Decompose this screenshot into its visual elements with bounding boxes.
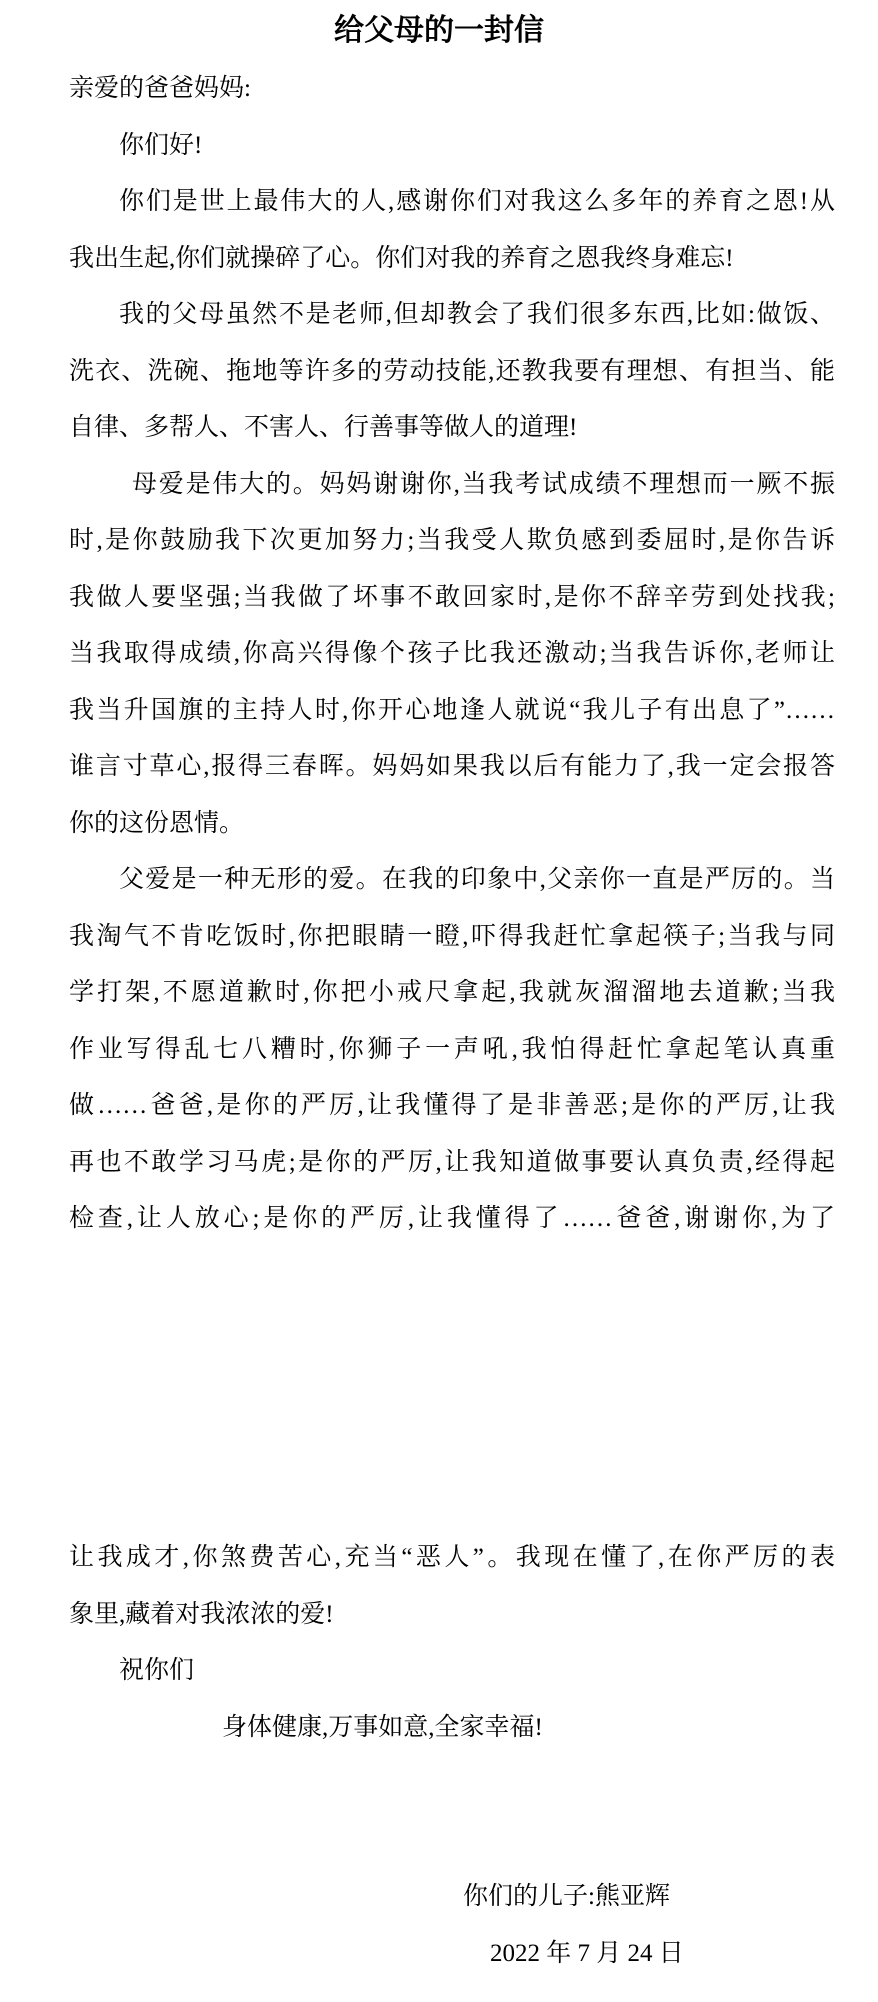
letter-line: 学打架,不愿道歉时,你把小戒尺拿起,我就灰溜溜地去道歉;当我 xyxy=(69,965,835,1022)
letter-line: 做……爸爸,是你的严厉,让我懂得了是非善恶;是你的严厉,让我 xyxy=(69,1078,835,1135)
letter-line: 我做人要坚强;当我做了坏事不敢回家时,是你不辞辛劳到处找我; xyxy=(69,570,835,627)
blank-line xyxy=(69,1248,835,1305)
letter-line: 谁言寸草心,报得三春晖。妈妈如果我以后有能力了,我一定会报答 xyxy=(69,739,835,796)
letter-line: 你的这份恩情。 xyxy=(69,796,835,853)
blank-line xyxy=(69,1361,835,1418)
blank-line xyxy=(69,1304,835,1361)
letter-line: 检查,让人放心;是你的严厉,让我懂得了……爸爸,谢谢你,为了 xyxy=(69,1191,835,1248)
letter-line: 祝你们 xyxy=(69,1643,835,1700)
letter-line: 再也不敢学习马虎;是你的严厉,让我知道做事要认真负责,经得起 xyxy=(69,1135,835,1192)
letter-line: 洗衣、洗碗、拖地等许多的劳动技能,还教我要有理想、有担当、能 xyxy=(69,344,835,401)
letter-line: 让我成才,你煞费苦心,充当“恶人”。我现在懂了,在你严厉的表 xyxy=(69,1530,835,1587)
letter-body: 亲爱的爸爸妈妈:你们好!你们是世上最伟大的人,感谢你们对我这么多年的养育之恩!从… xyxy=(69,61,835,1982)
letter-line: 当我取得成绩,你高兴得像个孩子比我还激动;当我告诉你,老师让 xyxy=(69,626,835,683)
letter-line: 时,是你鼓励我下次更加努力;当我受人欺负感到委屈时,是你告诉 xyxy=(69,513,835,570)
blank-line xyxy=(69,1756,835,1813)
blank-line xyxy=(69,1813,835,1870)
letter-line: 父爱是一种无形的爱。在我的印象中,父亲你一直是严厉的。当 xyxy=(69,852,835,909)
letter-line: 我当升国旗的主持人时,你开心地逢人就说“我儿子有出息了”…… xyxy=(69,683,835,740)
letter-line: 母爱是伟大的。妈妈谢谢你,当我考试成绩不理想而一厥不振 xyxy=(69,457,835,514)
letter-line: 2022 年 7 月 24 日 xyxy=(69,1926,835,1983)
letter-document: 给父母的一封信 亲爱的爸爸妈妈:你们好!你们是世上最伟大的人,感谢你们对我这么多… xyxy=(0,0,878,2002)
letter-line: 我的父母虽然不是老师,但却教会了我们很多东西,比如:做饭、 xyxy=(69,287,835,344)
letter-line: 我淘气不肯吃饭时,你把眼睛一瞪,吓得我赶忙拿起筷子;当我与同 xyxy=(69,909,835,966)
letter-line: 你们好! xyxy=(69,118,835,175)
letter-line: 你们的儿子:熊亚辉 xyxy=(69,1869,835,1926)
letter-line: 自律、多帮人、不害人、行善事等做人的道理! xyxy=(69,400,835,457)
letter-title: 给父母的一封信 xyxy=(0,0,878,48)
letter-line: 身体健康,万事如意,全家幸福! xyxy=(69,1700,835,1757)
letter-line: 作业写得乱七八糟时,你狮子一声吼,我怕得赶忙拿起笔认真重 xyxy=(69,1022,835,1079)
letter-line: 象里,藏着对我浓浓的爱! xyxy=(69,1587,835,1644)
letter-line: 你们是世上最伟大的人,感谢你们对我这么多年的养育之恩!从 xyxy=(69,174,835,231)
letter-line: 我出生起,你们就操碎了心。你们对我的养育之恩我终身难忘! xyxy=(69,231,835,288)
letter-line: 亲爱的爸爸妈妈: xyxy=(69,61,835,118)
blank-line xyxy=(69,1474,835,1531)
blank-line xyxy=(69,1417,835,1474)
